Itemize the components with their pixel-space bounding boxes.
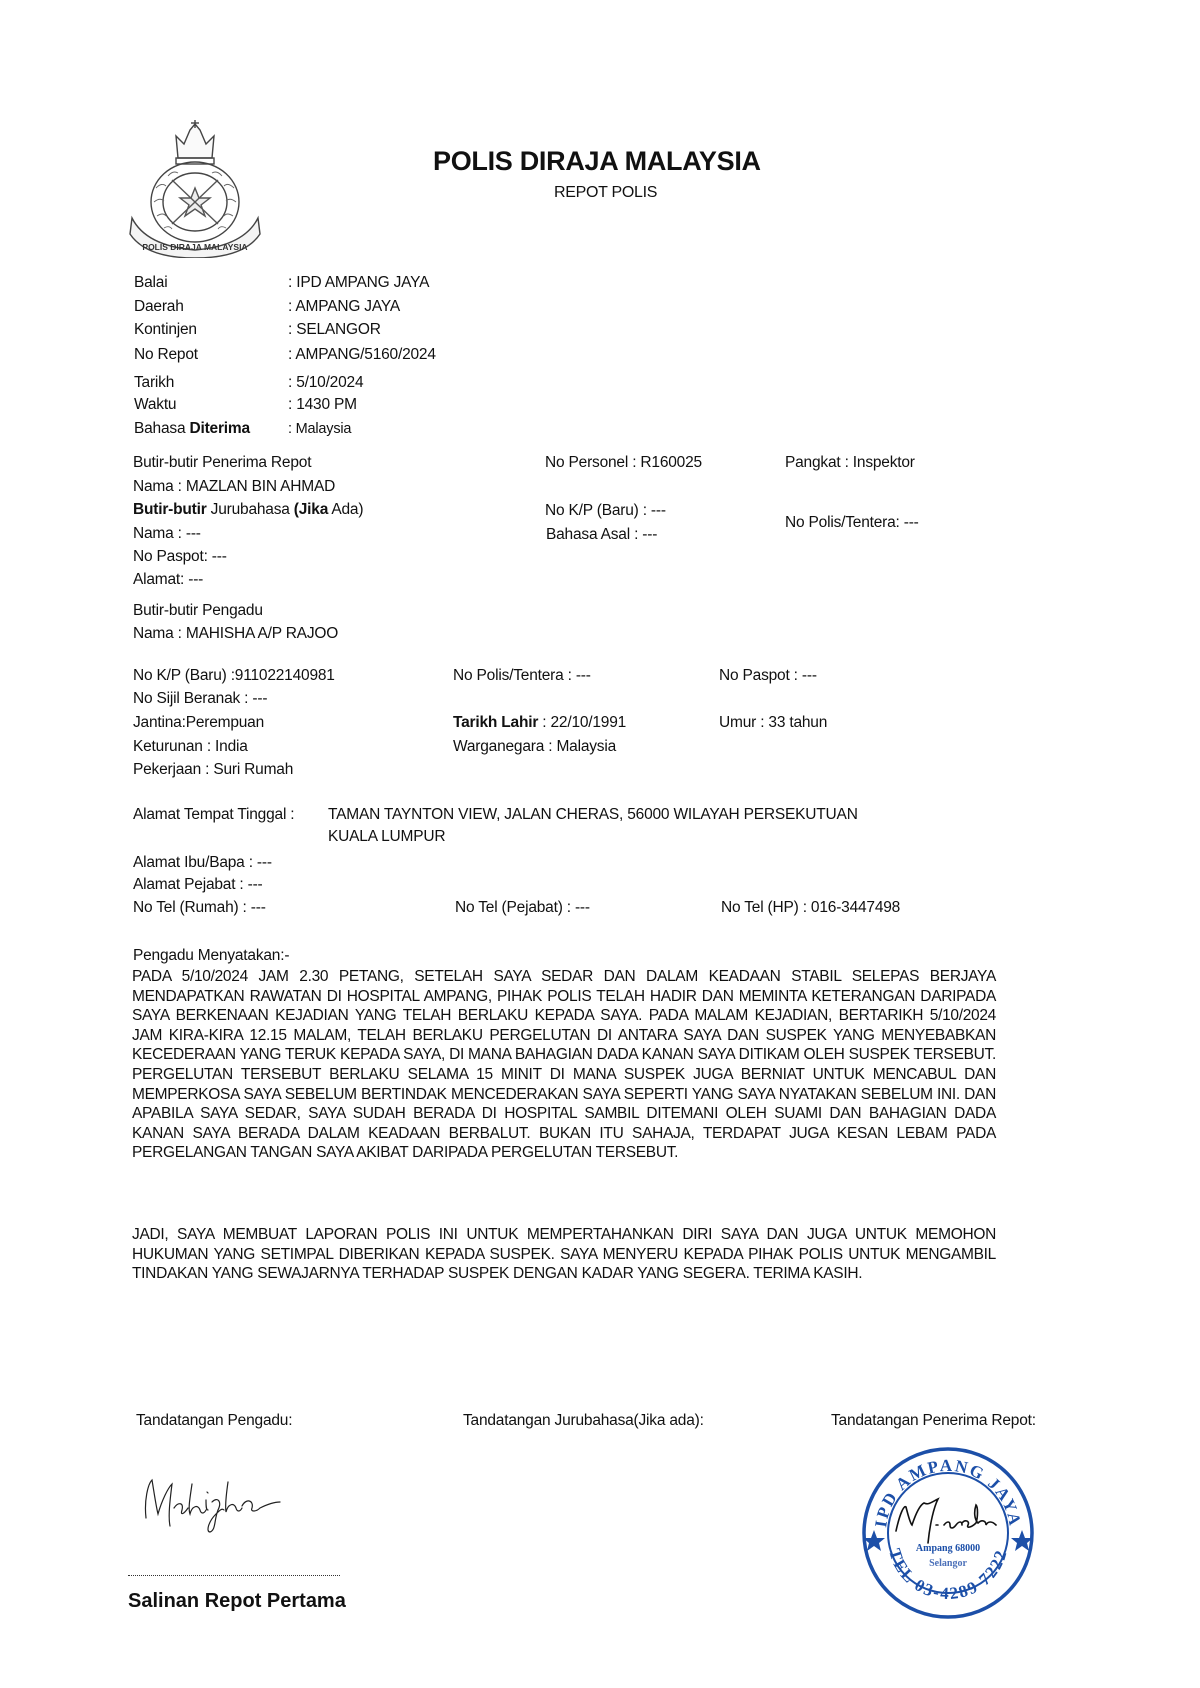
value-bahasa-diterima: : Malaysia <box>288 418 351 440</box>
official-stamp: IPD AMPANG JAYA TEL 03-4289 7222 Ampang … <box>858 1443 1038 1623</box>
label-daerah: Daerah <box>134 296 184 318</box>
complainant-birth-cert: No Sijil Beranak : --- <box>133 688 267 710</box>
complainant-tel-mobile: No Tel (HP) : 016-3447498 <box>721 897 900 919</box>
complainant-tel-home: No Tel (Rumah) : --- <box>133 897 266 919</box>
complainant-gender: Jantina:Perempuan <box>133 712 264 734</box>
statement-paragraph-2: JADI, SAYA MEMBUAT LAPORAN POLIS INI UNT… <box>132 1225 996 1284</box>
value-tarikh: : 5/10/2024 <box>288 372 363 394</box>
page-title: POLIS DIRAJA MALAYSIA <box>433 146 761 177</box>
police-stamp-icon: IPD AMPANG JAYA TEL 03-4289 7222 Ampang … <box>858 1443 1038 1623</box>
complainant-office-address: Alamat Pejabat : --- <box>133 874 263 896</box>
label-waktu: Waktu <box>134 394 176 416</box>
interpreter-heading: Butir-butir Jurubahasa (Jika Ada) <box>133 499 363 521</box>
value-kontinjen: : SELANGOR <box>288 319 381 341</box>
polis-diraja-malaysia-crest-icon: POLIS DIRAJA MALAYSIA <box>126 118 264 258</box>
dob-value: : 22/10/1991 <box>538 714 626 731</box>
label-bahasa-diterima: Bahasa Diterima <box>134 418 250 440</box>
statement-paragraph-1: PADA 5/10/2024 JAM 2.30 PETANG, SETELAH … <box>132 967 996 1163</box>
complainant-parent-address: Alamat Ibu/Bapa : --- <box>133 852 272 874</box>
label-balai: Balai <box>134 272 167 294</box>
interpreter-signature-label: Tandatangan Jurubahasa(Jika ada): <box>463 1410 704 1432</box>
receiver-name: Nama : MAZLAN BIN AHMAD <box>133 476 335 498</box>
value-no-repot: : AMPANG/5160/2024 <box>288 344 436 366</box>
label-bahasa-bold: Diterima <box>189 420 249 437</box>
complainant-name: Nama : MAHISHA A/P RAJOO <box>133 623 338 645</box>
police-crest-logo: POLIS DIRAJA MALAYSIA <box>126 118 264 258</box>
receiver-personnel-no: No Personel : R160025 <box>545 452 702 474</box>
svg-text:Ampang 68000: Ampang 68000 <box>916 1543 980 1554</box>
interpreter-name: Nama : --- <box>133 523 201 545</box>
svg-text:Selangor: Selangor <box>929 1558 967 1569</box>
interpreter-heading-end: Ada) <box>328 501 363 518</box>
receiver-heading: Butir-butir Penerima Repot <box>133 452 311 474</box>
first-report-copy-label: Salinan Repot Pertama <box>128 1590 346 1613</box>
complainant-passport: No Paspot : --- <box>719 665 817 687</box>
interpreter-heading-bold1: Butir-butir <box>133 501 207 518</box>
interpreter-police-military-no: No Polis/Tentera: --- <box>785 512 919 534</box>
label-tarikh: Tarikh <box>134 372 174 394</box>
label-bahasa-prefix: Bahasa <box>134 420 189 437</box>
complainant-heading: Butir-butir Pengadu <box>133 600 263 622</box>
complainant-signature-label: Tandatangan Pengadu: <box>136 1410 292 1432</box>
value-daerah: : AMPANG JAYA <box>288 296 400 318</box>
complainant-age: Umur : 33 tahun <box>719 712 827 734</box>
value-balai: : IPD AMPANG JAYA <box>288 272 429 294</box>
complainant-occupation: Pekerjaan : Suri Rumah <box>133 759 293 781</box>
receiver-rank: Pangkat : Inspektor <box>785 452 915 474</box>
complainant-home-address-line1: TAMAN TAYNTON VIEW, JALAN CHERAS, 56000 … <box>328 804 858 826</box>
interpreter-ic-no: No K/P (Baru) : --- <box>545 500 666 522</box>
svg-text:TEL 03-4289 7222: TEL 03-4289 7222 <box>885 1546 1011 1603</box>
svg-text:POLIS DIRAJA MALAYSIA: POLIS DIRAJA MALAYSIA <box>142 242 247 252</box>
label-no-repot: No Repot <box>134 344 198 366</box>
complainant-home-address-label: Alamat Tempat Tinggal : <box>133 804 294 826</box>
signature-dotted-line <box>128 1575 340 1576</box>
dob-label: Tarikh Lahir <box>453 714 538 731</box>
handwritten-signature-icon <box>140 1470 300 1540</box>
complainant-police-military-no: No Polis/Tentera : --- <box>453 665 591 687</box>
complainant-signature <box>140 1470 300 1540</box>
page-subtitle: REPOT POLIS <box>554 184 657 202</box>
interpreter-passport: No Paspot: --- <box>133 546 227 568</box>
interpreter-heading-mid: Jurubahasa <box>207 501 294 518</box>
interpreter-address: Alamat: --- <box>133 569 203 591</box>
label-kontinjen: Kontinjen <box>134 319 197 341</box>
complainant-home-address-line2: KUALA LUMPUR <box>328 826 445 848</box>
complainant-tel-office: No Tel (Pejabat) : --- <box>455 897 590 919</box>
statement-heading: Pengadu Menyatakan:- <box>133 945 289 967</box>
value-waktu: : 1430 PM <box>288 394 357 416</box>
complainant-dob: Tarikh Lahir : 22/10/1991 <box>453 712 626 734</box>
interpreter-native-language: Bahasa Asal : --- <box>546 524 657 546</box>
receiver-signature-label: Tandatangan Penerima Repot: <box>831 1410 1036 1432</box>
complainant-race: Keturunan : India <box>133 736 248 758</box>
complainant-citizenship: Warganegara : Malaysia <box>453 736 616 758</box>
complainant-ic-no: No K/P (Baru) :911022140981 <box>133 665 335 687</box>
interpreter-heading-bold2: (Jika <box>294 501 328 518</box>
